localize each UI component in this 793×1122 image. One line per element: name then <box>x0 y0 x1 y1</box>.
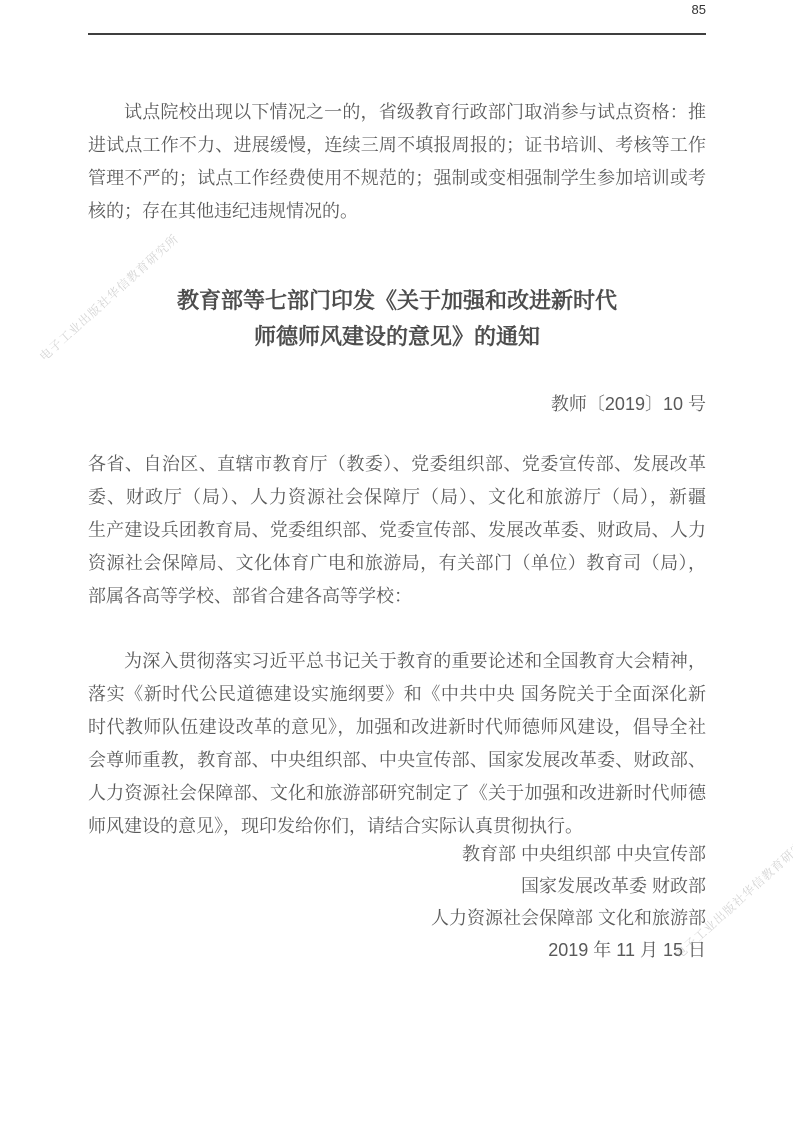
signature-block: 教育部 中央组织部 中央宣传部 国家发展改革委 财政部 人力资源社会保障部 文化… <box>88 838 706 966</box>
body-line: 时代教师队伍建设改革的意见》，加强和改进新时代师德师风建设，倡导全社 <box>88 711 706 744</box>
body-paragraph: 为深入贯彻落实习近平总书记关于教育的重要论述和全国教育大会精神， 落实《新时代公… <box>88 645 706 843</box>
header-rule <box>88 33 706 35</box>
addressee-line: 资源社会保障局、文化体育广电和旅游局，有关部门（单位）教育司（局）， <box>88 547 706 580</box>
doc-number: 教师〔2019〕10 号 <box>88 388 706 421</box>
notice-title: 教育部等七部门印发《关于加强和改进新时代 师德师风建设的意见》的通知 <box>88 283 706 355</box>
signature-line: 人力资源社会保障部 文化和旅游部 <box>88 902 706 934</box>
addressee-line: 生产建设兵团教育局、党委组织部、党委宣传部、发展改革委、财政局、人力 <box>88 514 706 547</box>
addressee-line: 各省、自治区、直辖市教育厅（教委）、党委组织部、党委宣传部、发展改革 <box>88 448 706 481</box>
body-line: 为深入贯彻落实习近平总书记关于教育的重要论述和全国教育大会精神， <box>88 645 706 678</box>
intro-line: 核的；存在其他违纪违规情况的。 <box>88 195 706 228</box>
addressee-line: 委、财政厅（局）、人力资源社会保障厅（局）、文化和旅游厅（局），新疆 <box>88 481 706 514</box>
intro-paragraph: 试点院校出现以下情况之一的，省级教育行政部门取消参与试点资格：推 进试点工作不力… <box>88 96 706 228</box>
signature-line: 教育部 中央组织部 中央宣传部 <box>88 838 706 870</box>
intro-line: 试点院校出现以下情况之一的，省级教育行政部门取消参与试点资格：推 <box>88 96 706 129</box>
intro-line: 管理不严的；试点工作经费使用不规范的；强制或变相强制学生参加培训或考 <box>88 162 706 195</box>
page-number: 85 <box>88 2 706 17</box>
date-line: 2019 年 11 月 15 日 <box>88 934 706 966</box>
body-line: 落实《新时代公民道德建设实施纲要》和《中共中央 国务院关于全面深化新 <box>88 678 706 711</box>
addressee-line: 部属各高等学校、部省合建各高等学校： <box>88 580 706 613</box>
document-page: 85 电子工业出版社华信教育研究所 电子工业出版社华信教育研究所 试点院校出现以… <box>0 0 793 1122</box>
signature-line: 国家发展改革委 财政部 <box>88 870 706 902</box>
body-line: 会尊师重教，教育部、中央组织部、中央宣传部、国家发展改革委、财政部、 <box>88 744 706 777</box>
notice-title-line: 师德师风建设的意见》的通知 <box>88 319 706 355</box>
intro-line: 进试点工作不力、进展缓慢，连续三周不填报周报的；证书培训、考核等工作 <box>88 129 706 162</box>
notice-title-line: 教育部等七部门印发《关于加强和改进新时代 <box>88 283 706 319</box>
addressee-paragraph: 各省、自治区、直辖市教育厅（教委）、党委组织部、党委宣传部、发展改革 委、财政厅… <box>88 448 706 613</box>
body-line: 人力资源社会保障部、文化和旅游部研究制定了《关于加强和改进新时代师德 <box>88 777 706 810</box>
